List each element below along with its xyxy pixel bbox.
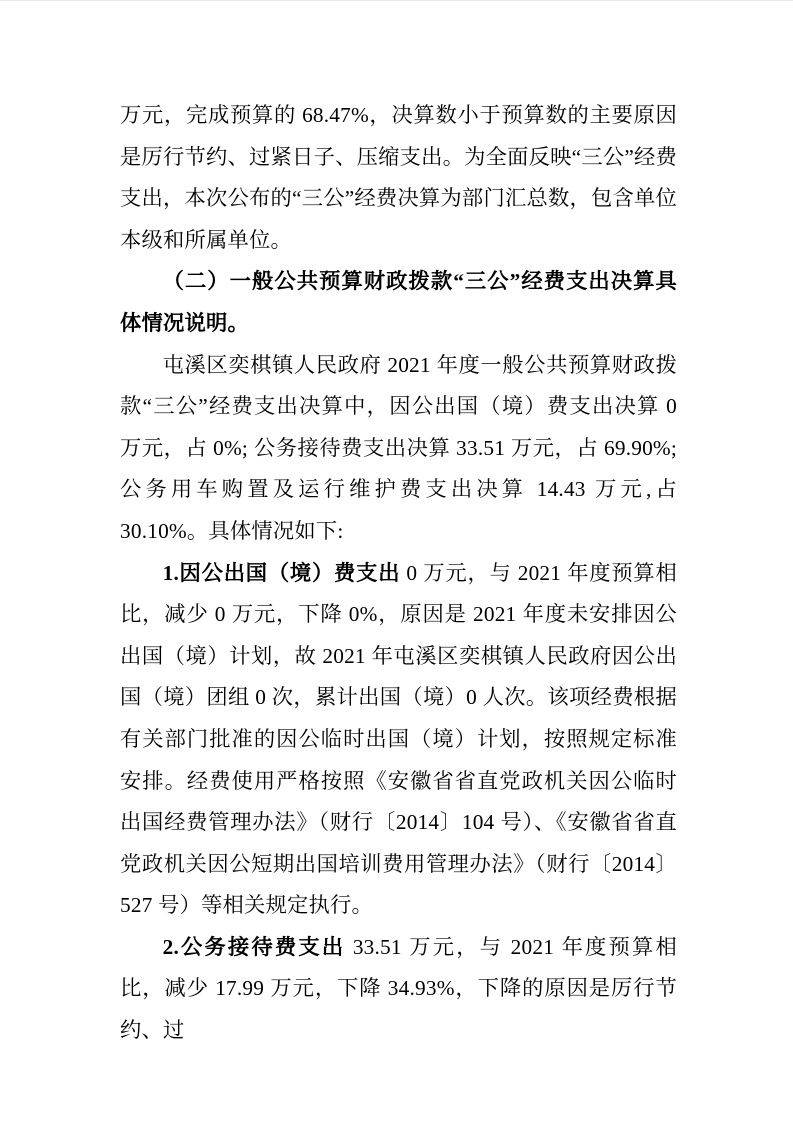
section-heading-text: （二）一般公共预算财政拨款“三公”经费支出决算具体情况说明。 xyxy=(120,269,677,335)
paragraph-overview-text: 屯溪区奕棋镇人民政府 2021 年度一般公共预算财政拨款“三公”经费支出决算中，… xyxy=(120,353,677,543)
paragraph-continuation: 万元，完成预算的 68.47%，决算数小于预算数的主要原因是厉行节约、过紧日子、… xyxy=(120,95,677,261)
section-heading: （二）一般公共预算财政拨款“三公”经费支出决算具体情况说明。 xyxy=(120,261,677,344)
document-page: 万元，完成预算的 68.47%，决算数小于预算数的主要原因是厉行节约、过紧日子、… xyxy=(0,0,793,1122)
paragraph-overview: 屯溪区奕棋镇人民政府 2021 年度一般公共预算财政拨款“三公”经费支出决算中，… xyxy=(120,345,677,553)
item-1-lead: 1.因公出国（境）费支出 xyxy=(163,561,401,585)
document-content: 万元，完成预算的 68.47%，决算数小于预算数的主要原因是厉行节约、过紧日子、… xyxy=(120,95,677,1052)
item-2-lead: 2.公务接待费支出 xyxy=(163,935,346,959)
paragraph-item-1: 1.因公出国（境）费支出 0 万元，与 2021 年度预算相比，减少 0 万元，… xyxy=(120,553,677,927)
paragraph-item-2: 2.公务接待费支出 33.51 万元，与 2021 年度预算相比，减少 17.9… xyxy=(120,927,677,1052)
page-top-edge-line xyxy=(0,0,793,1)
item-1-text: 0 万元，与 2021 年度预算相比，减少 0 万元，下降 0%，原因是 202… xyxy=(120,561,677,918)
paragraph-continuation-text: 万元，完成预算的 68.47%，决算数小于预算数的主要原因是厉行节约、过紧日子、… xyxy=(120,103,677,252)
